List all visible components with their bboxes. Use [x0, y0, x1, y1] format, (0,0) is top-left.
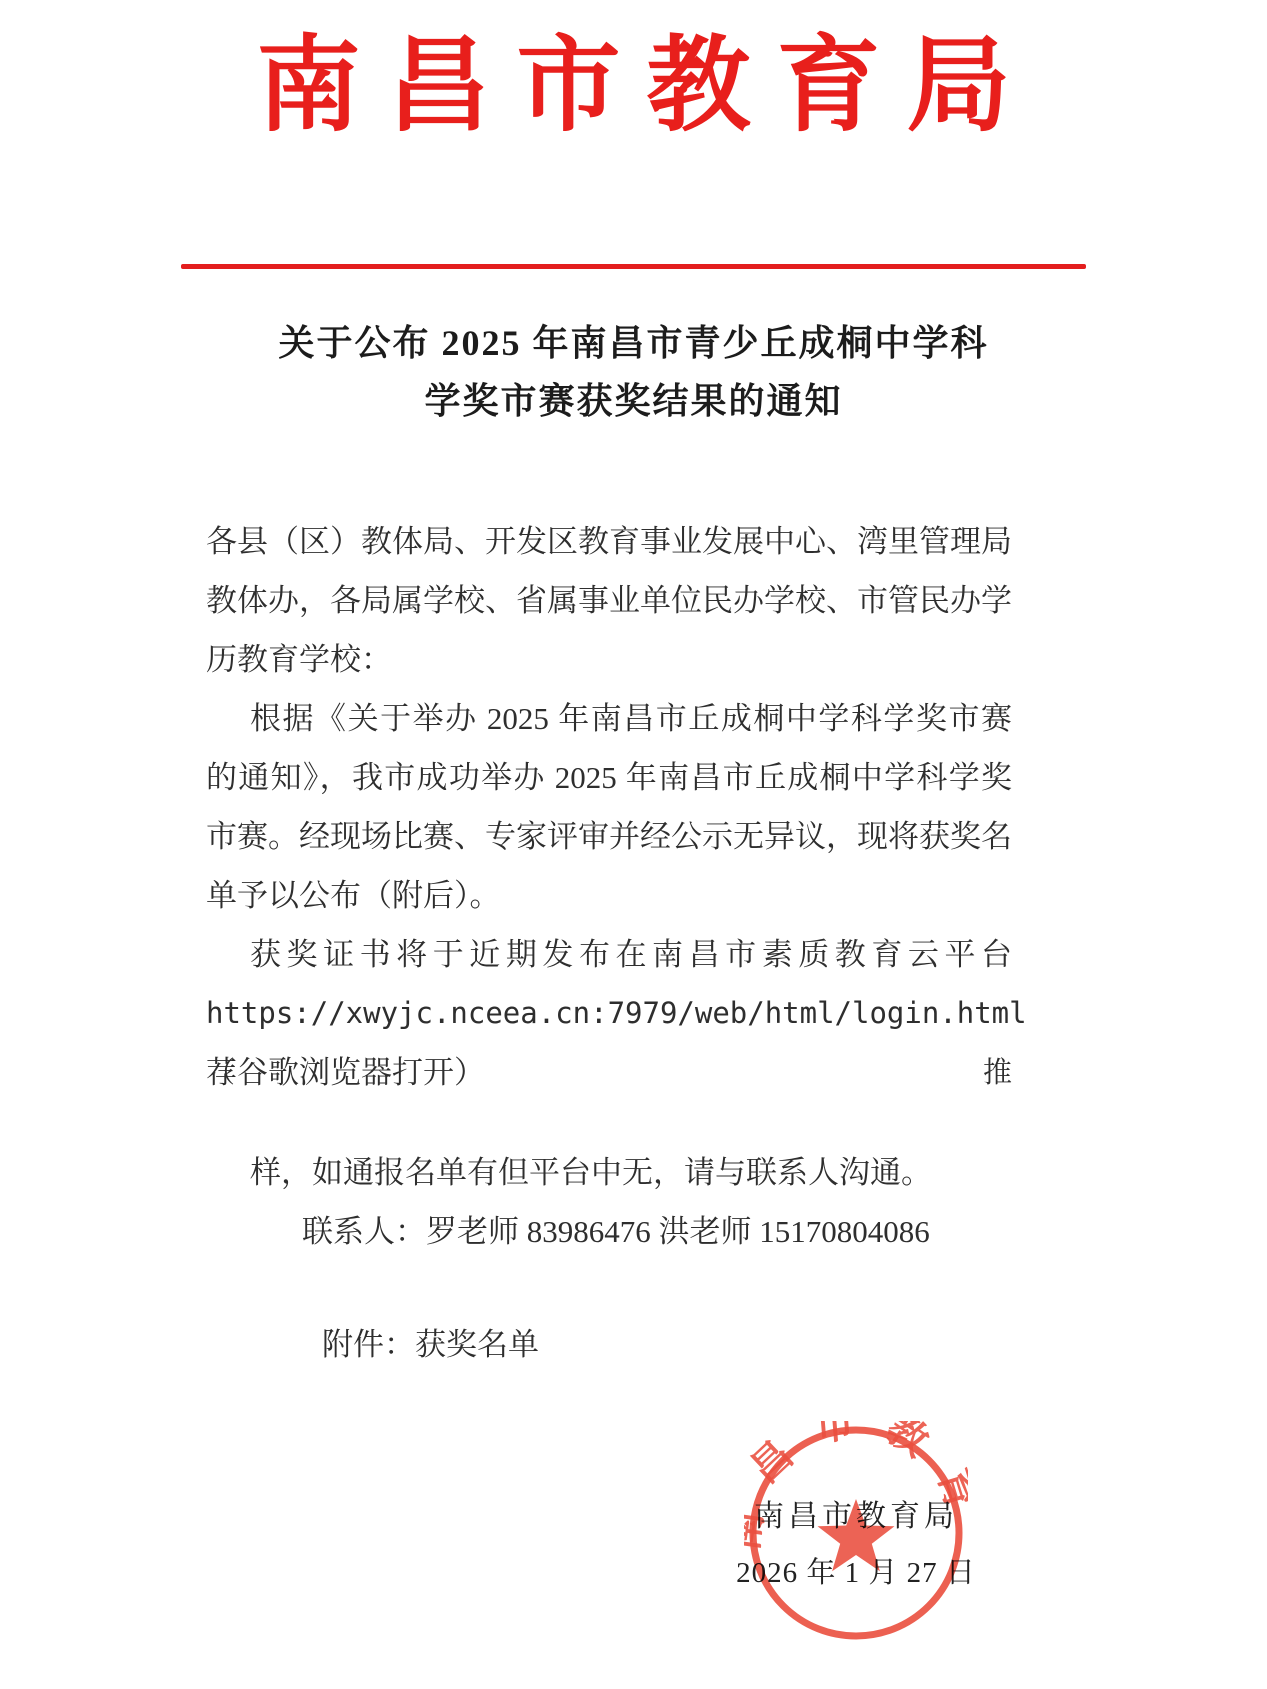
attachment-line: 附件：获奖名单	[206, 1315, 1012, 1374]
letterhead-agency-title: 南昌市教育局	[0, 22, 1267, 152]
body-line: 根据《关于举办 2025 年南昌市丘成桐中学科学奖市赛	[206, 689, 1012, 748]
notice-title-line1: 关于公布 2025 年南昌市青少丘成桐中学科	[278, 323, 988, 363]
body-line: 单予以公布（附后）。	[206, 866, 1012, 925]
official-seal: 南昌市教育局	[744, 1421, 968, 1645]
contact-line: 联系人：罗老师 83986476 洪老师 15170804086	[206, 1202, 1012, 1261]
body-line: 教体办，各局属学校、省属事业单位民办学校、市管民办学	[206, 571, 1012, 630]
body-line: 各县（区）教体局、开发区教育事业发展中心、湾里管理局	[206, 512, 1012, 571]
body-line: 历教育学校：	[206, 630, 1012, 689]
red-star-icon	[818, 1499, 895, 1571]
body-line: 的通知》，我市成功举办 2025 年南昌市丘成桐中学科学奖	[206, 748, 1012, 807]
notice-title-line2: 学奖市赛获奖结果的通知	[424, 381, 842, 421]
notice-title: 关于公布 2025 年南昌市青少丘成桐中学科 学奖市赛获奖结果的通知	[120, 314, 1147, 430]
body-line: 样，如通报名单有但平台中无，请与联系人沟通。	[206, 1143, 1012, 1202]
notice-body: 各县（区）教体局、开发区教育事业发展中心、湾里管理局 教体办，各局属学校、省属事…	[206, 512, 1012, 1374]
letterhead-divider	[181, 264, 1086, 269]
body-line-url: https://xwyjc.nceea.cn:7979/web/html/log…	[206, 984, 1012, 1043]
body-line: 获奖证书将于近期发布在南昌市素质教育云平台	[206, 925, 1012, 984]
body-line: 市赛。经现场比赛、专家评审并经公示无异议，现将获奖名	[206, 807, 1012, 866]
document-page: 南昌市教育局 关于公布 2025 年南昌市青少丘成桐中学科 学奖市赛获奖结果的通…	[0, 0, 1267, 1689]
